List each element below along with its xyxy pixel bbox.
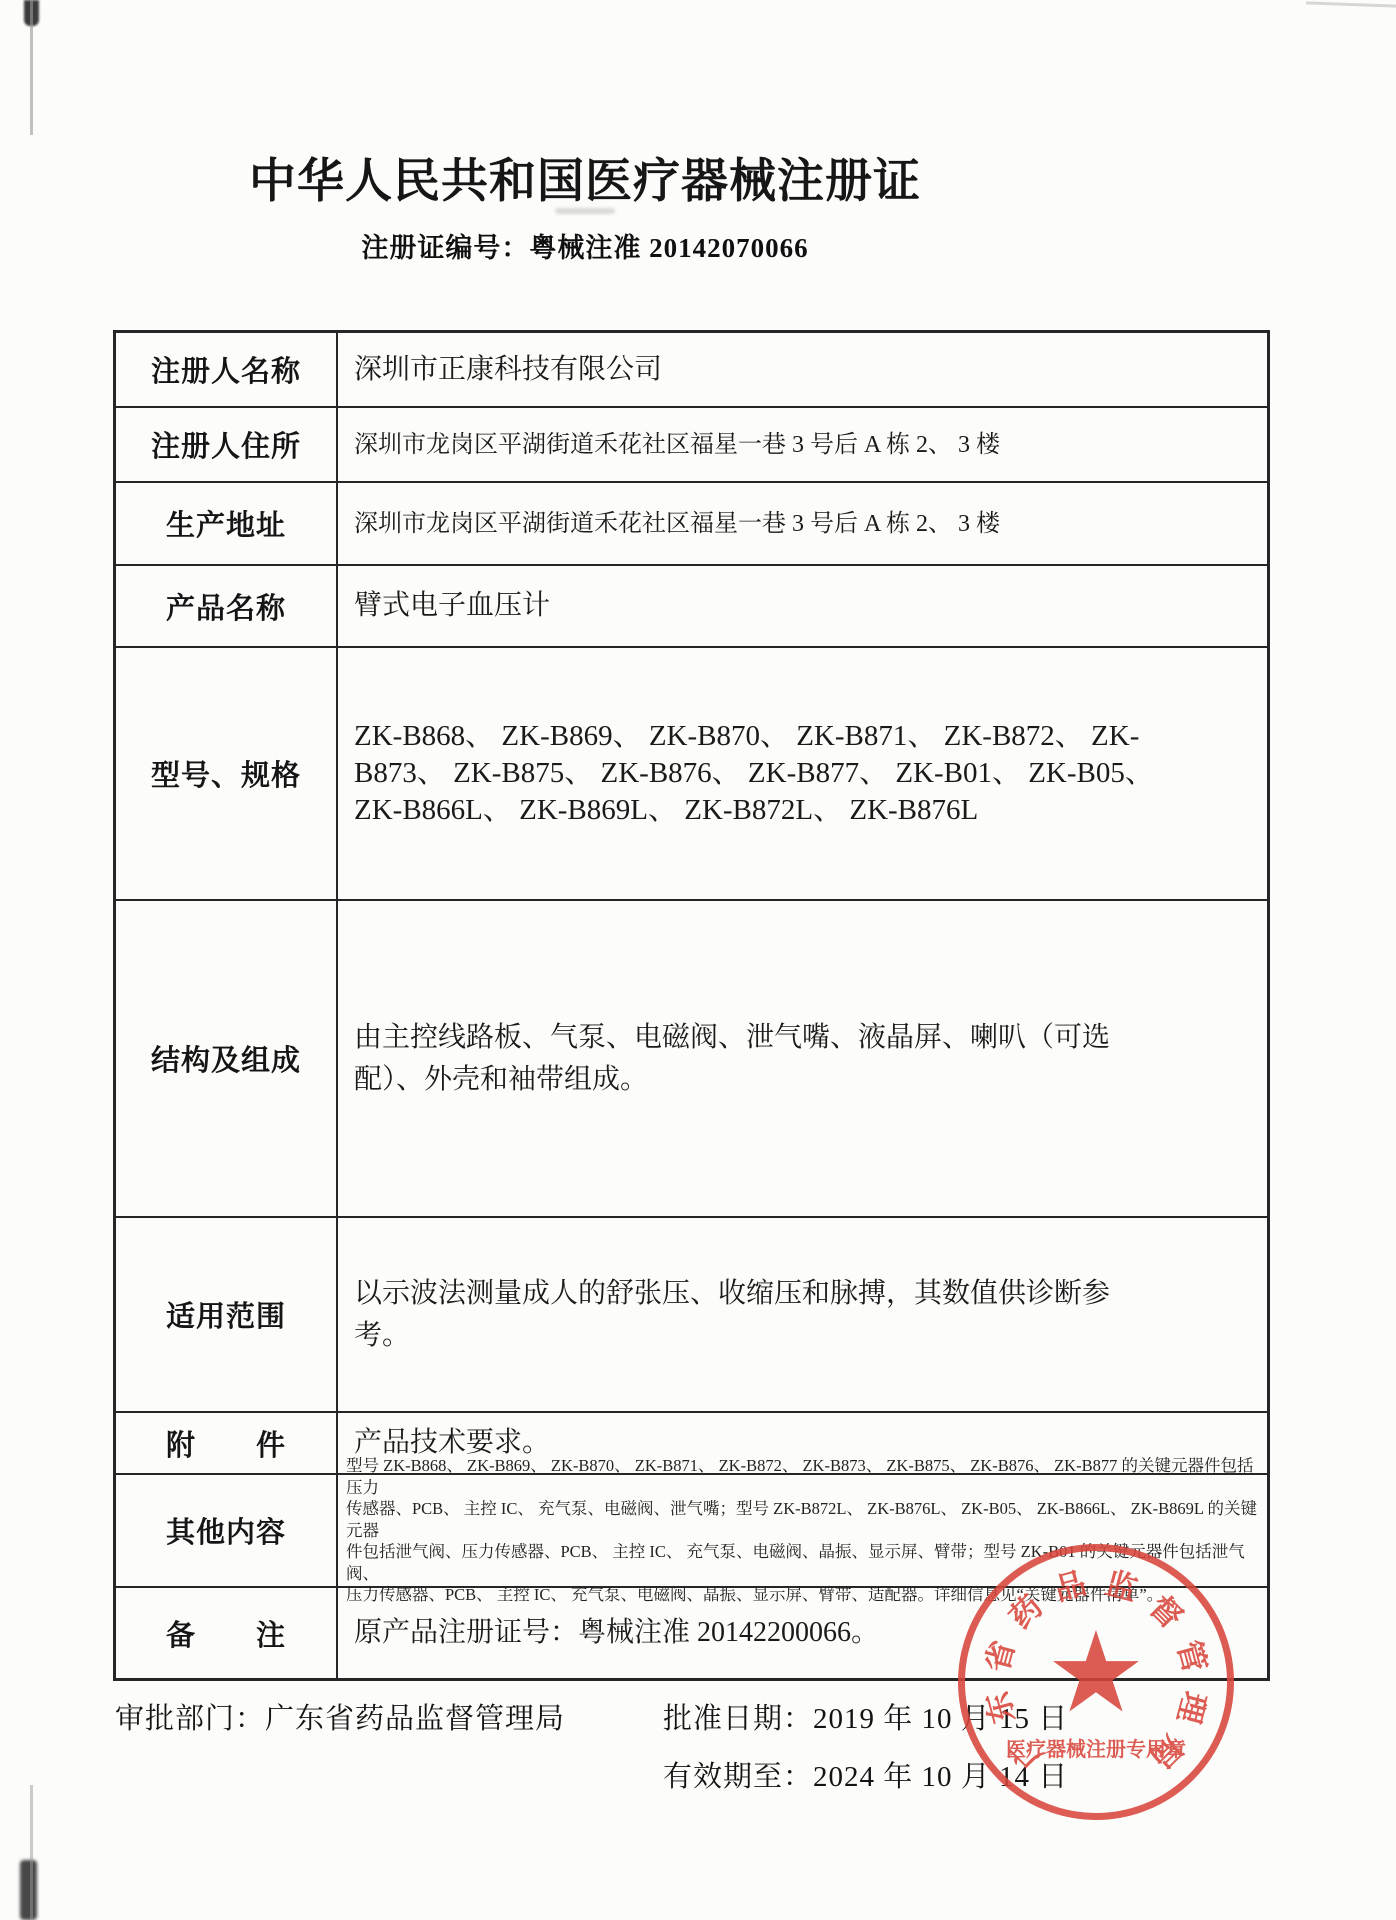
row-intended-use: 适用范围 以示波法测量成人的舒张压、收缩压和脉搏，其数值供诊断参 考。 [116, 1218, 1267, 1413]
valid-until-label: 有效期至： [663, 1761, 813, 1793]
row-content: 原产品注册证号：粤械注准 20142200066。 [338, 1588, 1267, 1678]
row-content: 深圳市龙岗区平湖街道禾花社区福星一巷 3 号后 A 栋 2、 3 楼 [338, 483, 1267, 564]
scan-edge-left-top [30, 0, 33, 135]
row-content: 以示波法测量成人的舒张压、收缩压和脉搏，其数值供诊断参 考。 [338, 1218, 1267, 1411]
row-remarks: 备 注 原产品注册证号：粤械注准 20142200066。 [116, 1588, 1267, 1678]
row-label: 适用范围 [116, 1218, 338, 1411]
row-label: 注册人住所 [116, 408, 338, 481]
approval-date-value: 2019 年 10 月 15 日 [813, 1703, 1068, 1735]
row-label: 产品名称 [116, 566, 338, 646]
row-registrant-name: 注册人名称 深圳市正康科技有限公司 [116, 333, 1267, 408]
row-structure-composition: 结构及组成 由主控线路板、气泵、电磁阀、泄气嘴、液晶屏、喇叭（可选 配）、外壳和… [116, 901, 1267, 1218]
row-label: 其他内容 [116, 1475, 338, 1586]
approval-department-value: 广东省药品监督管理局 [265, 1703, 565, 1735]
row-label: 生产地址 [116, 483, 338, 564]
row-label: 型号、规格 [116, 648, 338, 899]
row-label: 结构及组成 [116, 901, 338, 1216]
certificate-number-label: 注册证编号： [361, 233, 529, 263]
scan-smudge-bottom-left [20, 1860, 37, 1920]
row-content: 深圳市正康科技有限公司 [338, 333, 1267, 406]
registration-table: 注册人名称 深圳市正康科技有限公司 注册人住所 深圳市龙岗区平湖街道禾花社区福星… [113, 330, 1270, 1681]
row-other-content: 其他内容 型号 ZK-B868、 ZK-B869、 ZK-B870、 ZK-B8… [116, 1475, 1267, 1588]
approval-date-label: 批准日期： [663, 1703, 813, 1735]
valid-until-line: 有效期至：2024 年 10 月 14 日 [663, 1754, 1068, 1795]
certificate-number-line: 注册证编号：粤械注准 20142070066 [0, 226, 1170, 265]
row-model-spec: 型号、规格 ZK-B868、 ZK-B869、 ZK-B870、 ZK-B871… [116, 648, 1267, 901]
row-label: 备 注 [116, 1588, 338, 1678]
valid-until-value: 2024 年 10 月 14 日 [813, 1761, 1068, 1793]
certificate-page: 中华人民共和国医疗器械注册证 注册证编号：粤械注准 20142070066 注册… [0, 0, 1396, 1920]
scan-edge-top-right [1306, 1, 1396, 7]
row-content: 型号 ZK-B868、 ZK-B869、 ZK-B870、 ZK-B871、 Z… [338, 1475, 1267, 1586]
certificate-number-value: 粤械注准 20142070066 [529, 233, 808, 263]
row-content: 臂式电子血压计 [338, 566, 1267, 646]
certificate-title: 中华人民共和国医疗器械注册证 [0, 144, 1170, 211]
row-registrant-address: 注册人住所 深圳市龙岗区平湖街道禾花社区福星一巷 3 号后 A 栋 2、 3 楼 [116, 408, 1267, 483]
row-label: 注册人名称 [116, 333, 338, 406]
approval-date-line: 批准日期：2019 年 10 月 15 日 [663, 1696, 1068, 1737]
row-production-address: 生产地址 深圳市龙岗区平湖街道禾花社区福星一巷 3 号后 A 栋 2、 3 楼 [116, 483, 1267, 566]
row-content: 深圳市龙岗区平湖街道禾花社区福星一巷 3 号后 A 栋 2、 3 楼 [338, 408, 1267, 481]
row-content: ZK-B868、 ZK-B869、 ZK-B870、 ZK-B871、 ZK-B… [338, 648, 1267, 899]
row-product-name: 产品名称 臂式电子血压计 [116, 566, 1267, 648]
row-label: 附 件 [116, 1413, 338, 1473]
approval-department-label: 审批部门： [115, 1703, 265, 1735]
row-content: 由主控线路板、气泵、电磁阀、泄气嘴、液晶屏、喇叭（可选 配）、外壳和袖带组成。 [338, 901, 1267, 1216]
approval-department-line: 审批部门：广东省药品监督管理局 [115, 1696, 565, 1737]
scan-edge-left-bottom [30, 1785, 33, 1920]
